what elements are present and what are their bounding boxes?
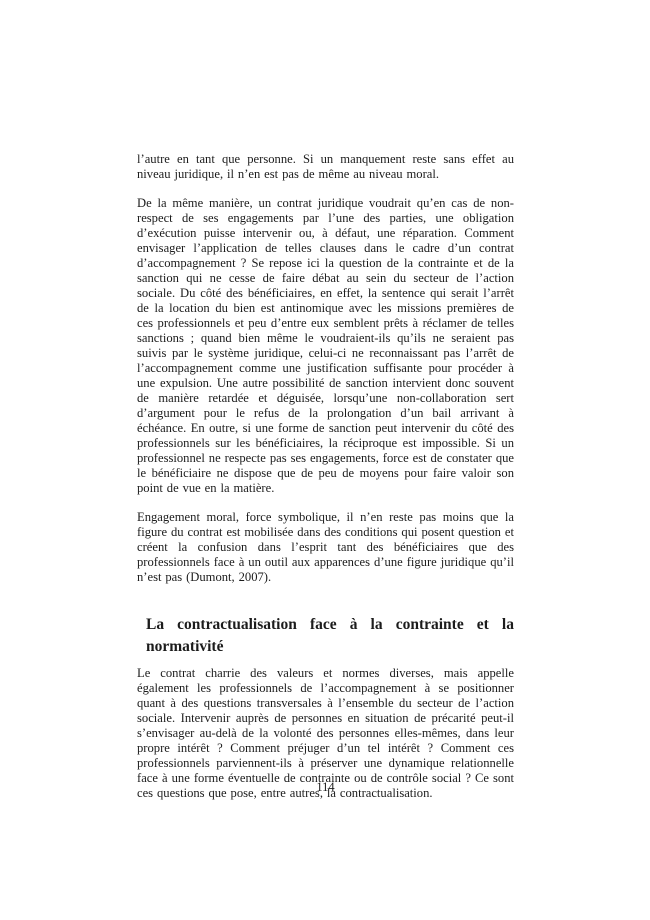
- document-page: l’autre en tant que personne. Si un manq…: [0, 0, 650, 920]
- paragraph: De la même manière, un contrat juridique…: [137, 196, 514, 496]
- paragraph: Engagement moral, force symbolique, il n…: [137, 510, 514, 585]
- page-number: 114: [137, 780, 514, 795]
- text-block: l’autre en tant que personne. Si un manq…: [137, 152, 514, 815]
- section-heading: La contractualisation face à la contrain…: [137, 614, 514, 658]
- paragraph: l’autre en tant que personne. Si un manq…: [137, 152, 514, 182]
